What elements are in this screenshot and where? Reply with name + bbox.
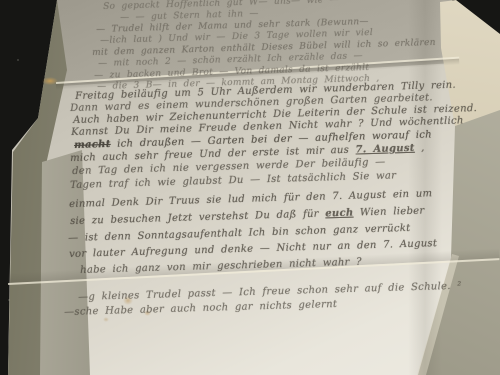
- handwriting-line: habe ich ganz von mir geschrieben nicht …: [80, 257, 362, 276]
- letter-photograph: So gepackt Hoffentlich gut W— uns— wie —…: [0, 0, 500, 375]
- handwriting-layer: So gepackt Hoffentlich gut W— uns— wie —…: [0, 0, 500, 375]
- handwriting-line: —g kleines Trudel passt — Ich freue scho…: [78, 281, 462, 303]
